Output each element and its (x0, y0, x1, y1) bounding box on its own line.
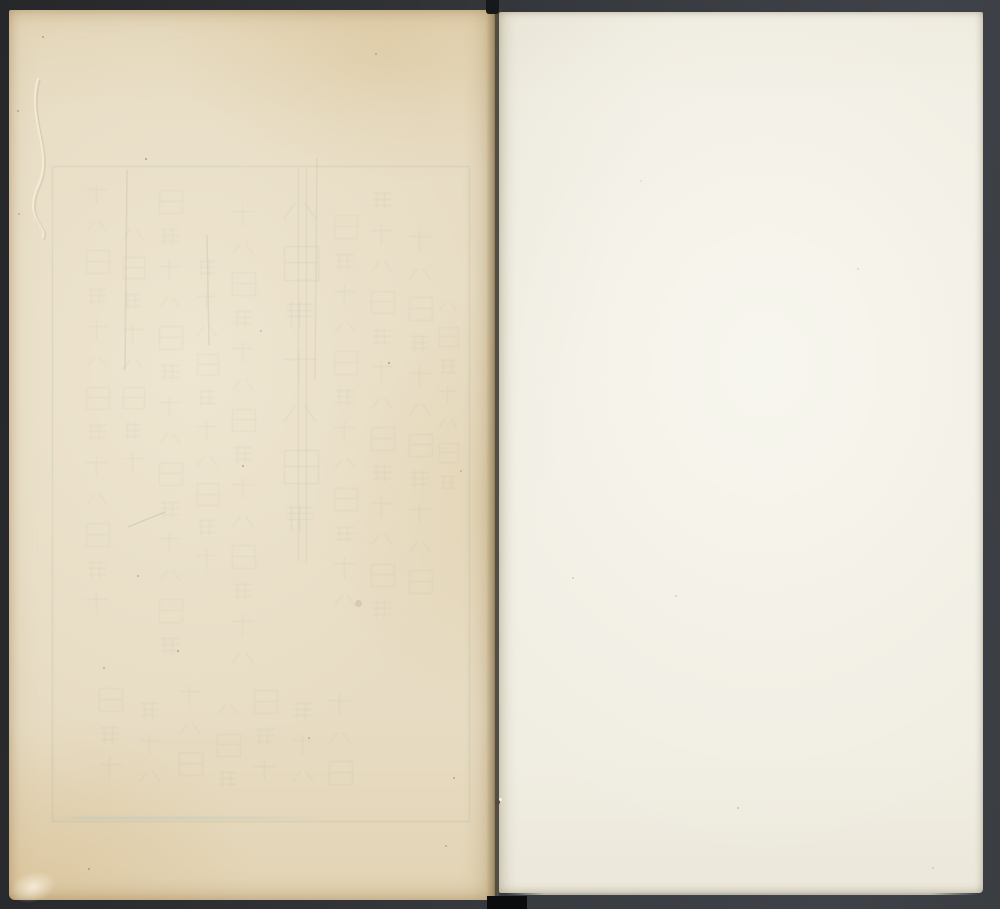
stain-speck (675, 595, 677, 597)
stain-speck (18, 213, 20, 215)
page-edge-highlight (506, 893, 978, 895)
stain-speck (177, 650, 179, 652)
stain-speck (42, 36, 44, 38)
stain-speck (145, 158, 147, 160)
stain-speck (137, 575, 139, 577)
gutter-shadow (486, 8, 500, 902)
spine-notch-bottom (487, 896, 527, 909)
stain-speck (260, 330, 262, 332)
left-page (9, 10, 495, 900)
stain-speck (453, 777, 455, 779)
stain-speck (308, 737, 310, 739)
stain-speck (355, 600, 362, 607)
stain-speck (857, 268, 859, 270)
stain-speck (17, 110, 19, 112)
stain-speck (445, 845, 447, 847)
stain-speck (572, 577, 574, 579)
stain-speck (375, 53, 377, 55)
scan-stage (0, 0, 1000, 909)
stain-speck (737, 807, 739, 809)
stain-speck (88, 868, 90, 870)
stain-speck (640, 180, 642, 182)
binding-hole-highlight (499, 798, 502, 801)
stain-speck (103, 667, 105, 669)
stain-speck (242, 465, 244, 467)
spine-notch-top (486, 0, 499, 14)
stain-speck (460, 470, 462, 472)
right-page (499, 12, 983, 893)
stain-speck (932, 867, 934, 869)
stain-speck (388, 362, 390, 364)
